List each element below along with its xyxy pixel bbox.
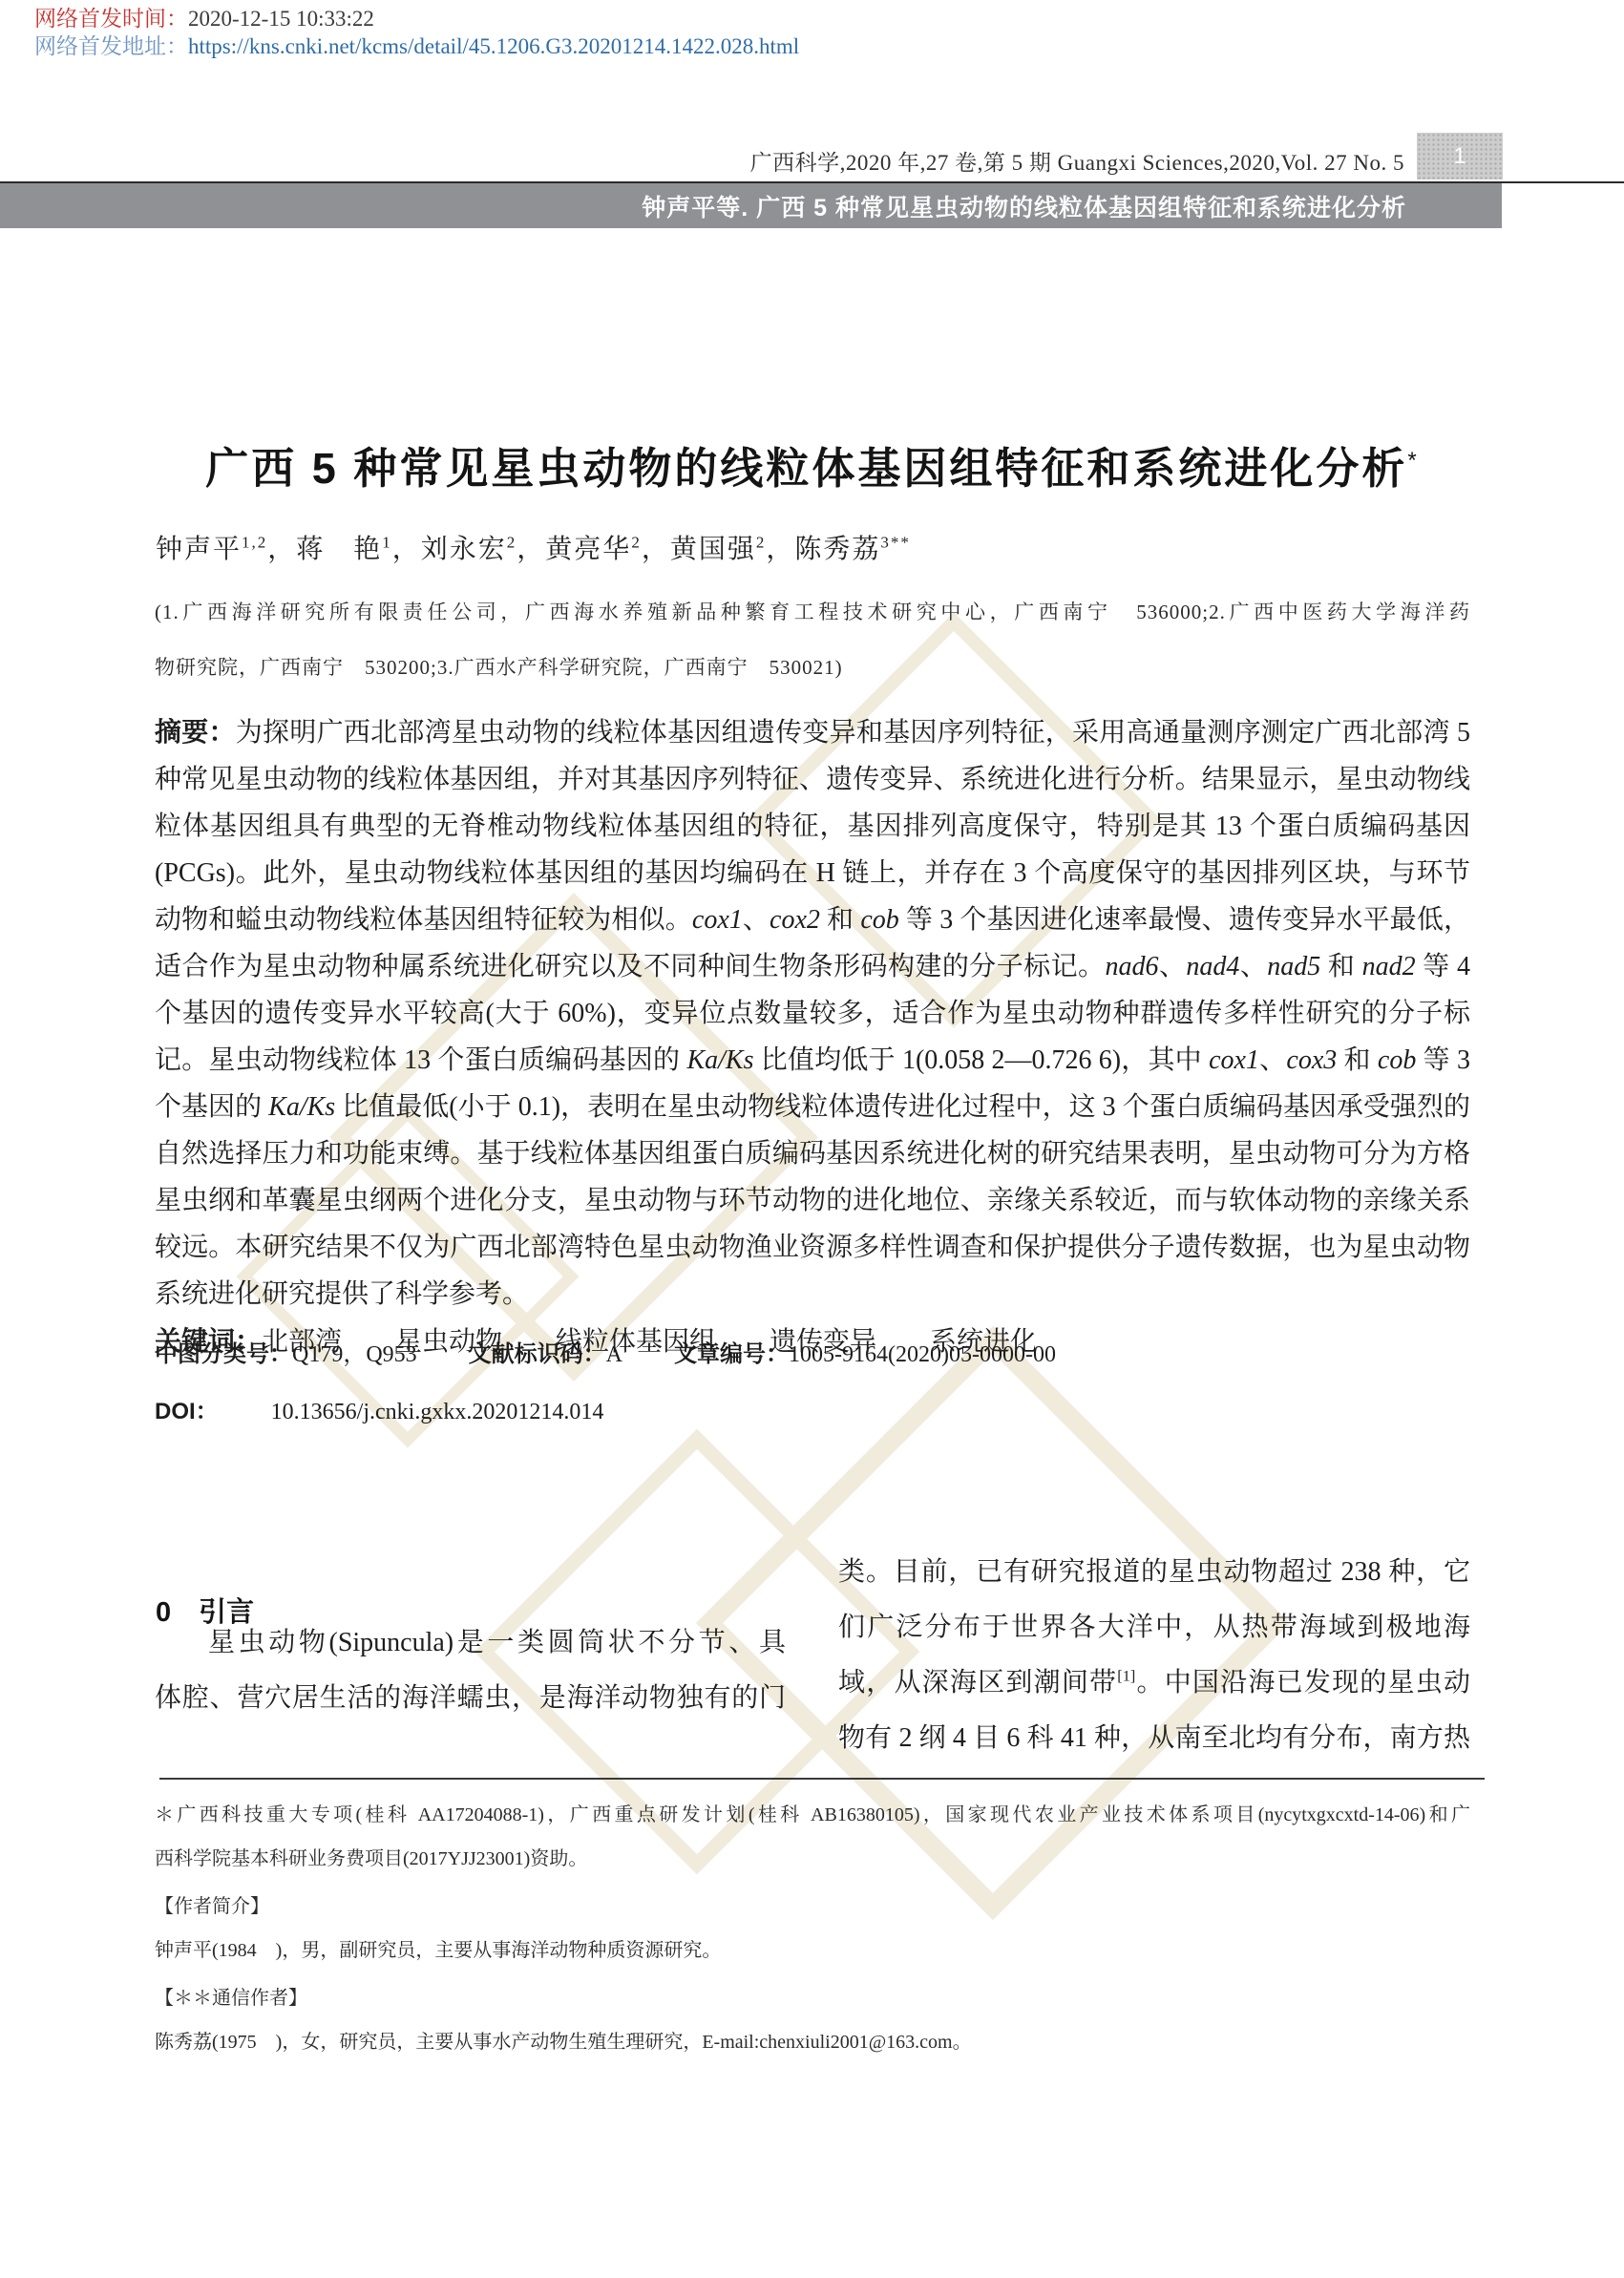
classification-row: 中图分类号：Q179，Q953 文献标识码：A 文章编号：1005-9164(2…	[155, 1335, 1470, 1368]
netfirst-notice: 网络首发时间：2020-12-15 10:33:22 网络首发地址：https:…	[34, 5, 799, 60]
netfirst-url-label: 网络首发地址：	[34, 34, 188, 58]
clc-value: Q179，Q953	[292, 1342, 417, 1367]
article-id-group: 文章编号：1005-9164(2020)05-0000-00	[674, 1342, 1056, 1367]
netfirst-time-value: 2020-12-15 10:33:22	[188, 7, 374, 31]
clc-label: 中图分类号：	[155, 1341, 292, 1367]
page-number-badge: 1	[1417, 133, 1503, 179]
netfirst-time-line: 网络首发时间：2020-12-15 10:33:22	[34, 5, 799, 32]
abstract-paragraph: 摘要：为探明广西北部湾星虫动物的线粒体基因组遗传变异和基因序列特征，采用高通量测…	[155, 708, 1470, 1318]
journal-header-line: 广西科学,2020 年,27 卷,第 5 期 Guangxi Sciences,…	[750, 145, 1404, 177]
netfirst-time-label: 网络首发时间：	[34, 7, 188, 31]
article-title: 广西 5 种常见星虫动物的线粒体基因组特征和系统进化分析*	[155, 433, 1470, 496]
author-intro-text: 钟声平(1984 )，男，副研究员，主要从事海洋动物种质资源研究。	[155, 1929, 1470, 1972]
running-title-text: 钟声平等. 广西 5 种常见星虫动物的线粒体基因组特征和系统进化分析	[642, 189, 1406, 223]
footnotes: ＊广西科技重大专项(桂科 AA17204088-1)，广西重点研发计划(桂科 A…	[155, 1793, 1470, 2064]
doi-value: 10.13656/j.cnki.gxkx.20201214.014	[271, 1400, 604, 1424]
intro-left-column: 星虫动物(Sipuncula)是一类圆筒状不分节、具体腔、营穴居生活的海洋蠕虫，…	[155, 1615, 786, 1726]
abstract-text: 为探明广西北部湾星虫动物的线粒体基因组遗传变异和基因序列特征，采用高通量测序测定…	[155, 718, 1470, 1309]
netfirst-url-line: 网络首发地址：https://kns.cnki.net/kcms/detail/…	[34, 32, 799, 60]
authors-line: 钟声平1,2，蒋 艳1，刘永宏2，黄亮华2，黄国强2，陈秀荔3**	[156, 528, 911, 566]
abstract-block: 摘要：为探明广西北部湾星虫动物的线粒体基因组遗传变异和基因序列特征，采用高通量测…	[155, 708, 1470, 1365]
clc-group: 中图分类号：Q179，Q953	[155, 1342, 417, 1367]
doc-code-group: 文献标识码：A	[469, 1342, 622, 1367]
footnote-rule	[159, 1778, 1485, 1780]
doc-code-value: A	[606, 1342, 622, 1367]
article-id-label: 文章编号：	[674, 1341, 789, 1367]
abstract-label: 摘要：	[155, 717, 236, 747]
author-intro-label: 【作者简介】	[155, 1885, 1470, 1929]
doc-code-label: 文献标识码：	[469, 1341, 606, 1367]
corresponding-author-label: 【＊＊通信作者】	[155, 1976, 1470, 2020]
doi-label: DOI：	[155, 1399, 219, 1424]
netfirst-url-link[interactable]: https://kns.cnki.net/kcms/detail/45.1206…	[188, 34, 799, 58]
article-id-value: 1005-9164(2020)05-0000-00	[789, 1342, 1056, 1367]
fund-note: ＊广西科技重大专项(桂科 AA17204088-1)，广西重点研发计划(桂科 A…	[155, 1793, 1470, 1881]
running-title-bar: 钟声平等. 广西 5 种常见星虫动物的线粒体基因组特征和系统进化分析	[0, 183, 1502, 228]
paper-page: 网络首发时间：2020-12-15 10:33:22 网络首发地址：https:…	[0, 0, 1624, 2278]
affiliations: (1.广西海洋研究所有限责任公司，广西海水养殖新品种繁育工程技术研究中心，广西南…	[155, 584, 1470, 695]
corresponding-author-text: 陈秀荔(1975 )，女，研究员，主要从事水产动物生殖生理研究，E-mail:c…	[155, 2020, 1470, 2064]
doi-row: DOI：10.13656/j.cnki.gxkx.20201214.014	[155, 1392, 603, 1425]
intro-right-column: 类。目前，已有研究报道的星虫动物超过 238 种，它们广泛分布于世界各大洋中，从…	[838, 1545, 1470, 1766]
